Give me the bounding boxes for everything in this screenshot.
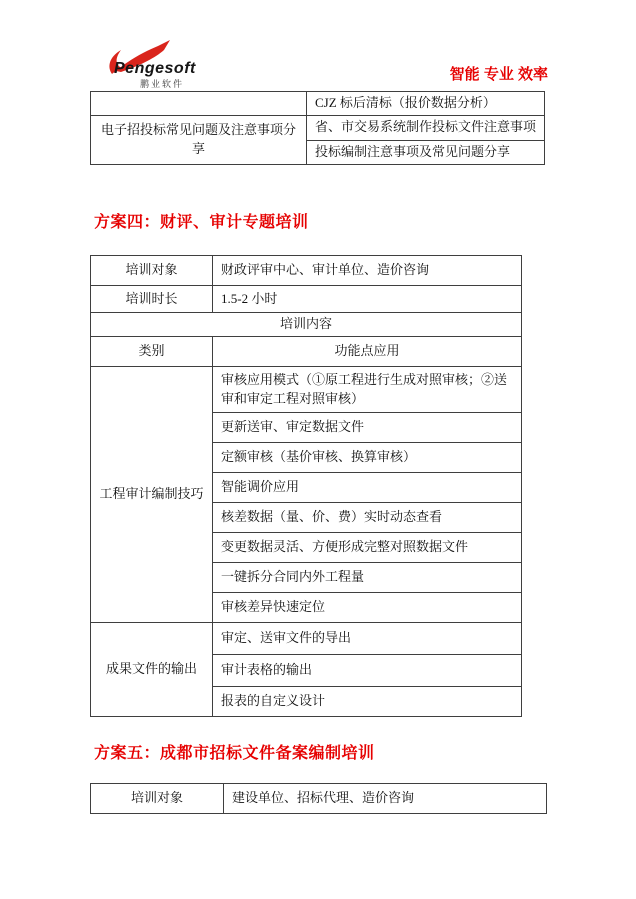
group1-item-cell: 审核差异快速定位 xyxy=(213,593,522,623)
plan5-table: 培训对象 建设单位、招标代理、造价咨询 xyxy=(90,783,547,814)
logo-brand-text: Pengesoft xyxy=(114,60,196,78)
logo-brand-cn-text: 鹏业软件 xyxy=(140,77,184,90)
category-header-cell: 功能点应用 xyxy=(213,337,522,367)
table-row: 培训对象 财政评审中心、审计单位、造价咨询 xyxy=(91,256,522,286)
table-row: 培训时长 1.5-2 小时 xyxy=(91,286,522,313)
plan4-table: 培训对象 财政评审中心、审计单位、造价咨询 培训时长 1.5-2 小时 培训内容… xyxy=(90,255,522,717)
audience-label-cell: 培训对象 xyxy=(91,784,224,814)
carryover-empty-cell xyxy=(91,92,307,116)
table-row: 类别 功能点应用 xyxy=(91,337,522,367)
group1-item-cell: 更新送审、审定数据文件 xyxy=(213,413,522,443)
audience-label-cell: 培训对象 xyxy=(91,256,213,286)
audience-value-cell: 财政评审中心、审计单位、造价咨询 xyxy=(213,256,522,286)
carryover-category-cell: 电子招投标常见问题及注意事项分享 xyxy=(91,115,307,164)
group1-item-cell: 智能调价应用 xyxy=(213,473,522,503)
table-row: 培训内容 xyxy=(91,313,522,337)
group2-label-cell: 成果文件的输出 xyxy=(91,623,213,717)
company-logo: Pengesoft 鹏业软件 xyxy=(102,40,222,90)
slogan-text: 智能 专业 效率 xyxy=(444,63,548,84)
group1-label-cell: 工程审计编制技巧 xyxy=(91,367,213,623)
document-page: Pengesoft 鹏业软件 智能 专业 效率 CJZ 标后清标（报价数据分析）… xyxy=(0,0,636,899)
carryover-table: CJZ 标后清标（报价数据分析） 电子招投标常见问题及注意事项分享 省、市交易系… xyxy=(90,91,545,165)
group1-item-cell: 一键拆分合同内外工程量 xyxy=(213,563,522,593)
group2-item-cell: 报表的自定义设计 xyxy=(213,687,522,717)
table-row: CJZ 标后清标（报价数据分析） xyxy=(91,92,545,116)
audience-value-cell: 建设单位、招标代理、造价咨询 xyxy=(224,784,547,814)
content-header-cell: 培训内容 xyxy=(91,313,522,337)
table-row: 成果文件的输出 审定、送审文件的导出 xyxy=(91,623,522,655)
group1-item-cell: 定额审核（基价审核、换算审核） xyxy=(213,443,522,473)
carryover-item-cell: CJZ 标后清标（报价数据分析） xyxy=(307,92,545,116)
duration-value-cell: 1.5-2 小时 xyxy=(213,286,522,313)
group1-item-cell: 审核应用模式（①原工程进行生成对照审核；②送审和审定工程对照审核） xyxy=(213,367,522,413)
table-row: 工程审计编制技巧 审核应用模式（①原工程进行生成对照审核；②送审和审定工程对照审… xyxy=(91,367,522,413)
category-label-cell: 类别 xyxy=(91,337,213,367)
group2-item-cell: 审定、送审文件的导出 xyxy=(213,623,522,655)
group2-item-cell: 审计表格的输出 xyxy=(213,655,522,687)
duration-label-cell: 培训时长 xyxy=(91,286,213,313)
plan4-heading: 方案四：财评、审计专题培训 xyxy=(94,209,309,232)
table-row: 培训对象 建设单位、招标代理、造价咨询 xyxy=(91,784,547,814)
carryover-item-cell: 省、市交易系统制作投标文件注意事项 xyxy=(307,115,545,140)
group1-item-cell: 核差数据（量、价、费）实时动态查看 xyxy=(213,503,522,533)
table-row: 电子招投标常见问题及注意事项分享 省、市交易系统制作投标文件注意事项 xyxy=(91,115,545,140)
carryover-item-cell: 投标编制注意事项及常见问题分享 xyxy=(307,140,545,164)
plan5-heading: 方案五：成都市招标文件备案编制培训 xyxy=(94,740,375,763)
group1-item-cell: 变更数据灵活、方便形成完整对照数据文件 xyxy=(213,533,522,563)
